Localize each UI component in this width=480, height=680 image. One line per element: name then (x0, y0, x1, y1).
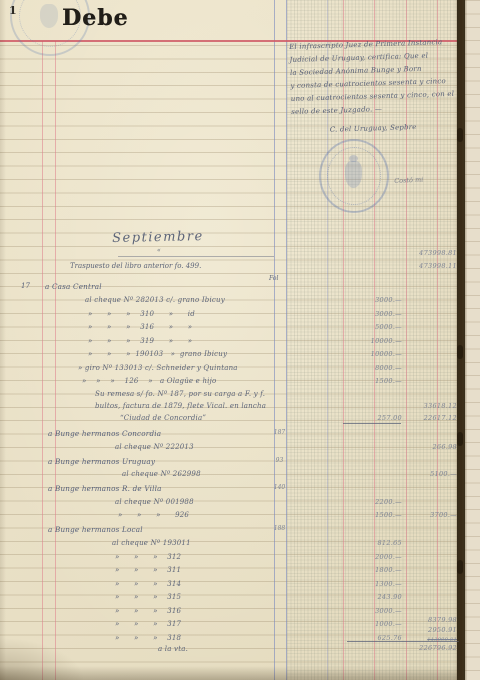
adjacent-page-edge (465, 0, 480, 680)
paper-shadow (0, 0, 457, 680)
ledger-page-scan: 1 Debe El infrascripto Juez de Primera I… (0, 0, 480, 680)
binding-stitch (457, 345, 463, 359)
binding-stitch (457, 128, 463, 142)
binding-stitch (457, 560, 463, 574)
binding-stitch (457, 432, 463, 446)
